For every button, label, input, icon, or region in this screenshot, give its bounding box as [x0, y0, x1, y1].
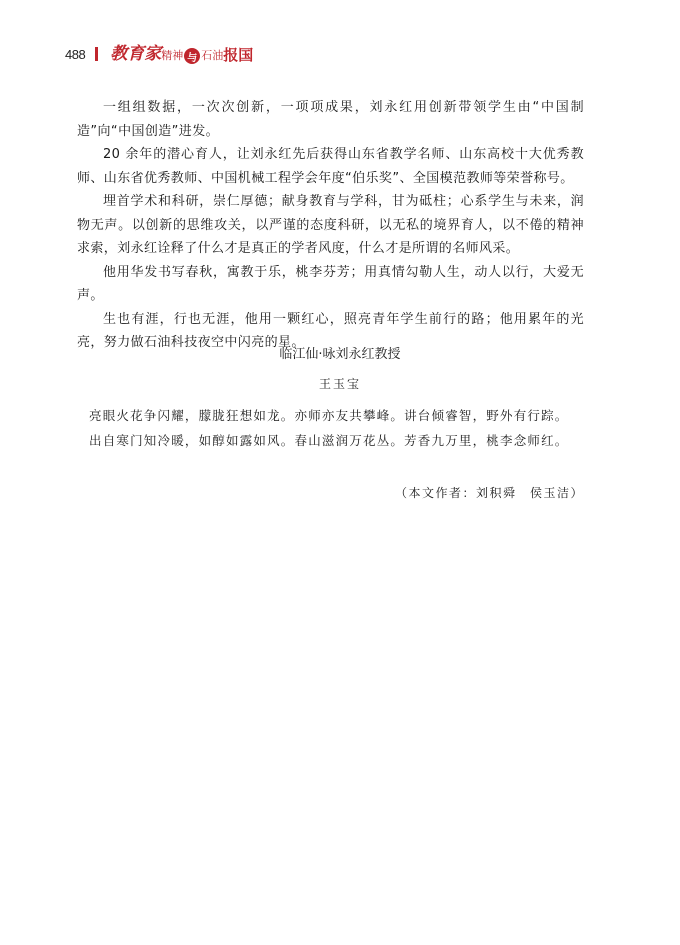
book-title-part: 石油: [201, 48, 223, 64]
book-title-part: 报国: [223, 46, 253, 64]
book-title: 教育家 精神 与 石油 报国: [110, 44, 253, 64]
poem-title: 临江仙·咏刘永红教授: [0, 345, 680, 365]
poem-line: 亮眼火花争闪耀，朦胧狂想如龙。亦师亦友共攀峰。讲台倾睿智，野外有行踪。: [89, 403, 609, 428]
page-header: 488 教育家 精神 与 石油 报国: [65, 43, 253, 65]
book-title-part: 教育家: [110, 44, 161, 64]
book-title-circle: 与: [184, 48, 200, 64]
poem-author: 王玉宝: [0, 375, 680, 393]
poem-line: 出自寒门知冷暖，如醇如露如风。春山滋润万花丛。芳香九万里，桃李念师红。: [89, 428, 609, 453]
paragraph: 他用华发书写春秋，寓教于乐，桃李芬芳；用真情勾勒人生，动人以行，大爱无声。: [77, 261, 584, 308]
article-byline: （本文作者：刘积舜 侯玉洁）: [395, 484, 584, 502]
paragraph: 埋首学术和科研，崇仁厚德；献身教育与学科，甘为砥柱；心系学生与未来，润物无声。以…: [77, 190, 584, 261]
book-title-part: 精神: [161, 48, 183, 64]
page-number: 488: [65, 47, 85, 62]
paragraph: 20 余年的潜心育人，让刘永红先后获得山东省教学名师、山东高校十大优秀教师、山东…: [77, 143, 584, 190]
article-body: 一组组数据，一次次创新，一项项成果，刘永红用创新带领学生由“中国制造”向“中国创…: [77, 96, 584, 355]
header-divider: [95, 47, 98, 61]
poem-body: 亮眼火花争闪耀，朦胧狂想如龙。亦师亦友共攀峰。讲台倾睿智，野外有行踪。 出自寒门…: [89, 403, 609, 453]
paragraph: 一组组数据，一次次创新，一项项成果，刘永红用创新带领学生由“中国制造”向“中国创…: [77, 96, 584, 143]
